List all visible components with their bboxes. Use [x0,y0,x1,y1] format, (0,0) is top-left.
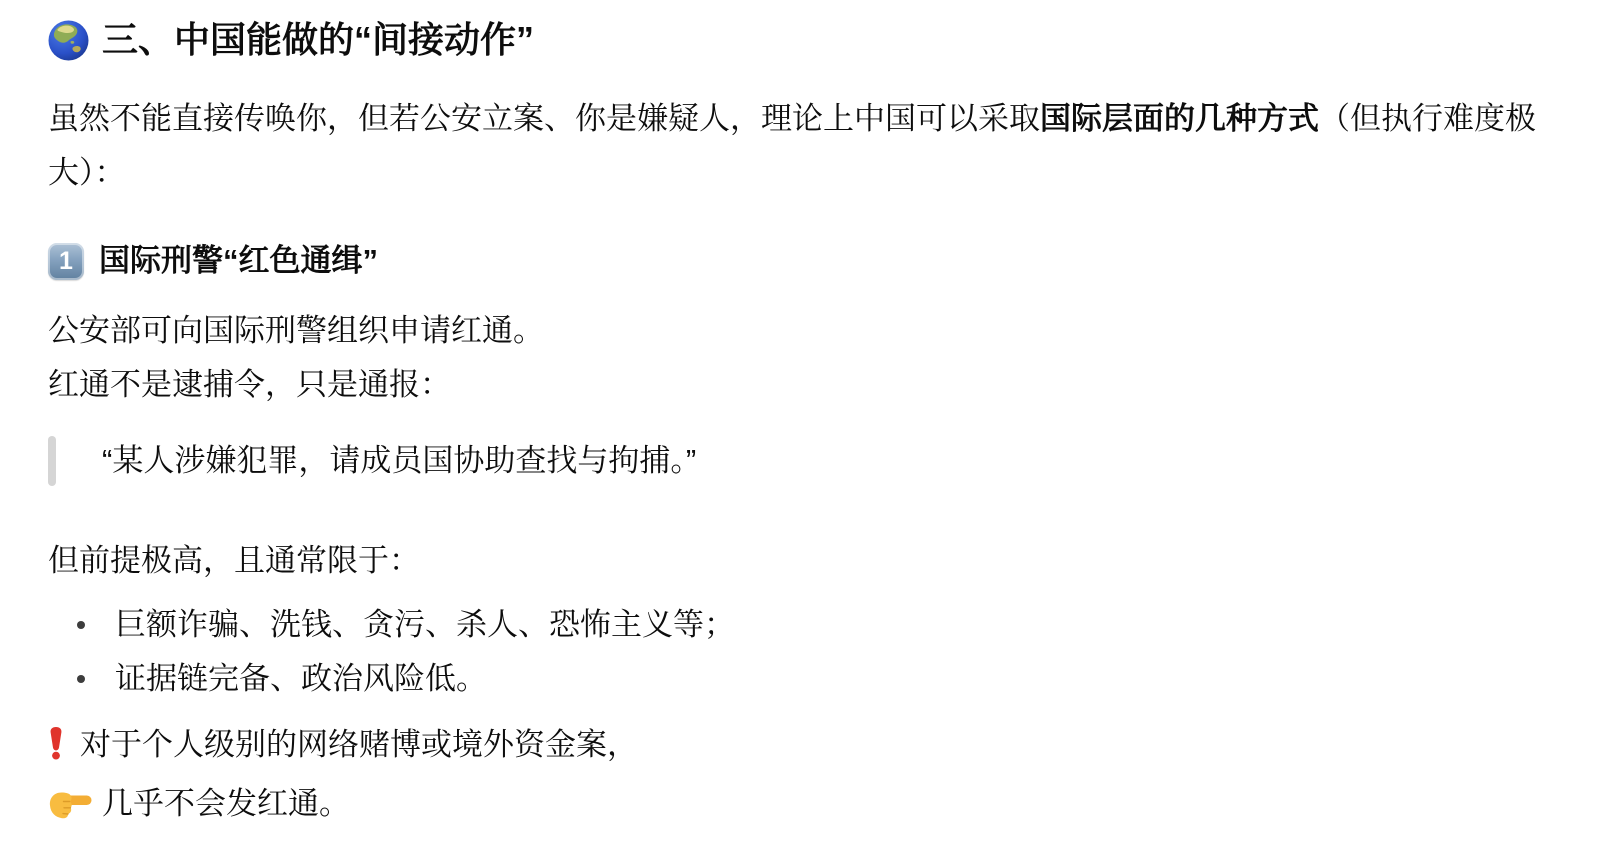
conclusion-text: 几乎不会发红通。 [102,786,350,821]
intro-text-lead: 虽然不能直接传唤你，但若公安立案、你是嫌疑人，理论上中国可以采取 [48,101,1040,136]
quote-text: “某人涉嫌犯罪，请成员国协助查找与拘捕。” [102,443,696,478]
keycap-digit: 1 [59,238,73,284]
intro-paragraph: 虽然不能直接传唤你，但若公安立案、你是嫌疑人，理论上中国可以采取国际层面的几种方… [48,92,1545,200]
sub-heading: 1 国际刑警“红色通缉” [48,238,1545,284]
keycap-1-emoji: 1 [48,243,84,280]
quote-block: “某人涉嫌犯罪，请成员国协助查找与拘捕。” [48,430,1545,492]
list-item-text: 巨额诈骗、洗钱、贪污、杀人、恐怖主义等； [115,607,735,642]
sub-heading-text: 国际刑警“红色通缉” [99,238,378,284]
warning-text: 对于个人级别的网络赌博或境外资金案， [80,727,638,762]
list-item: 证据链完备、政治风险低。 [48,652,1545,706]
list-item-text: 证据链完备、政治风险低。 [115,661,487,696]
section-heading: 三、中国能做的“间接动作” [48,16,1545,64]
warning-paragraph: 对于个人级别的网络赌博或境外资金案， 几乎不会发红通。 [48,718,1545,837]
red-exclamation-icon [48,723,64,777]
red-notice-line2: 红通不是逮捕令，只是通报： [48,367,451,402]
list-item: 巨额诈骗、洗钱、贪污、杀人、恐怖主义等； [48,598,1545,652]
conditions-list: 巨额诈骗、洗钱、贪污、杀人、恐怖主义等； 证据链完备、政治风险低。 [48,598,1545,706]
intro-text-bold: 国际层面的几种方式 [1040,101,1319,136]
document-body: 三、中国能做的“间接动作” 虽然不能直接传唤你，但若公安立案、你是嫌疑人，理论上… [0,16,1608,837]
red-notice-line1: 公安部可向国际刑警组织申请红通。 [48,313,544,348]
pointing-right-icon [48,783,92,837]
section-heading-text: 三、中国能做的“间接动作” [102,16,534,64]
globe-asia-emoji [48,20,89,61]
conditions-intro-paragraph: 但前提极高，且通常限于： [48,534,1545,588]
red-notice-paragraph: 公安部可向国际刑警组织申请红通。红通不是逮捕令，只是通报： [48,304,1545,412]
